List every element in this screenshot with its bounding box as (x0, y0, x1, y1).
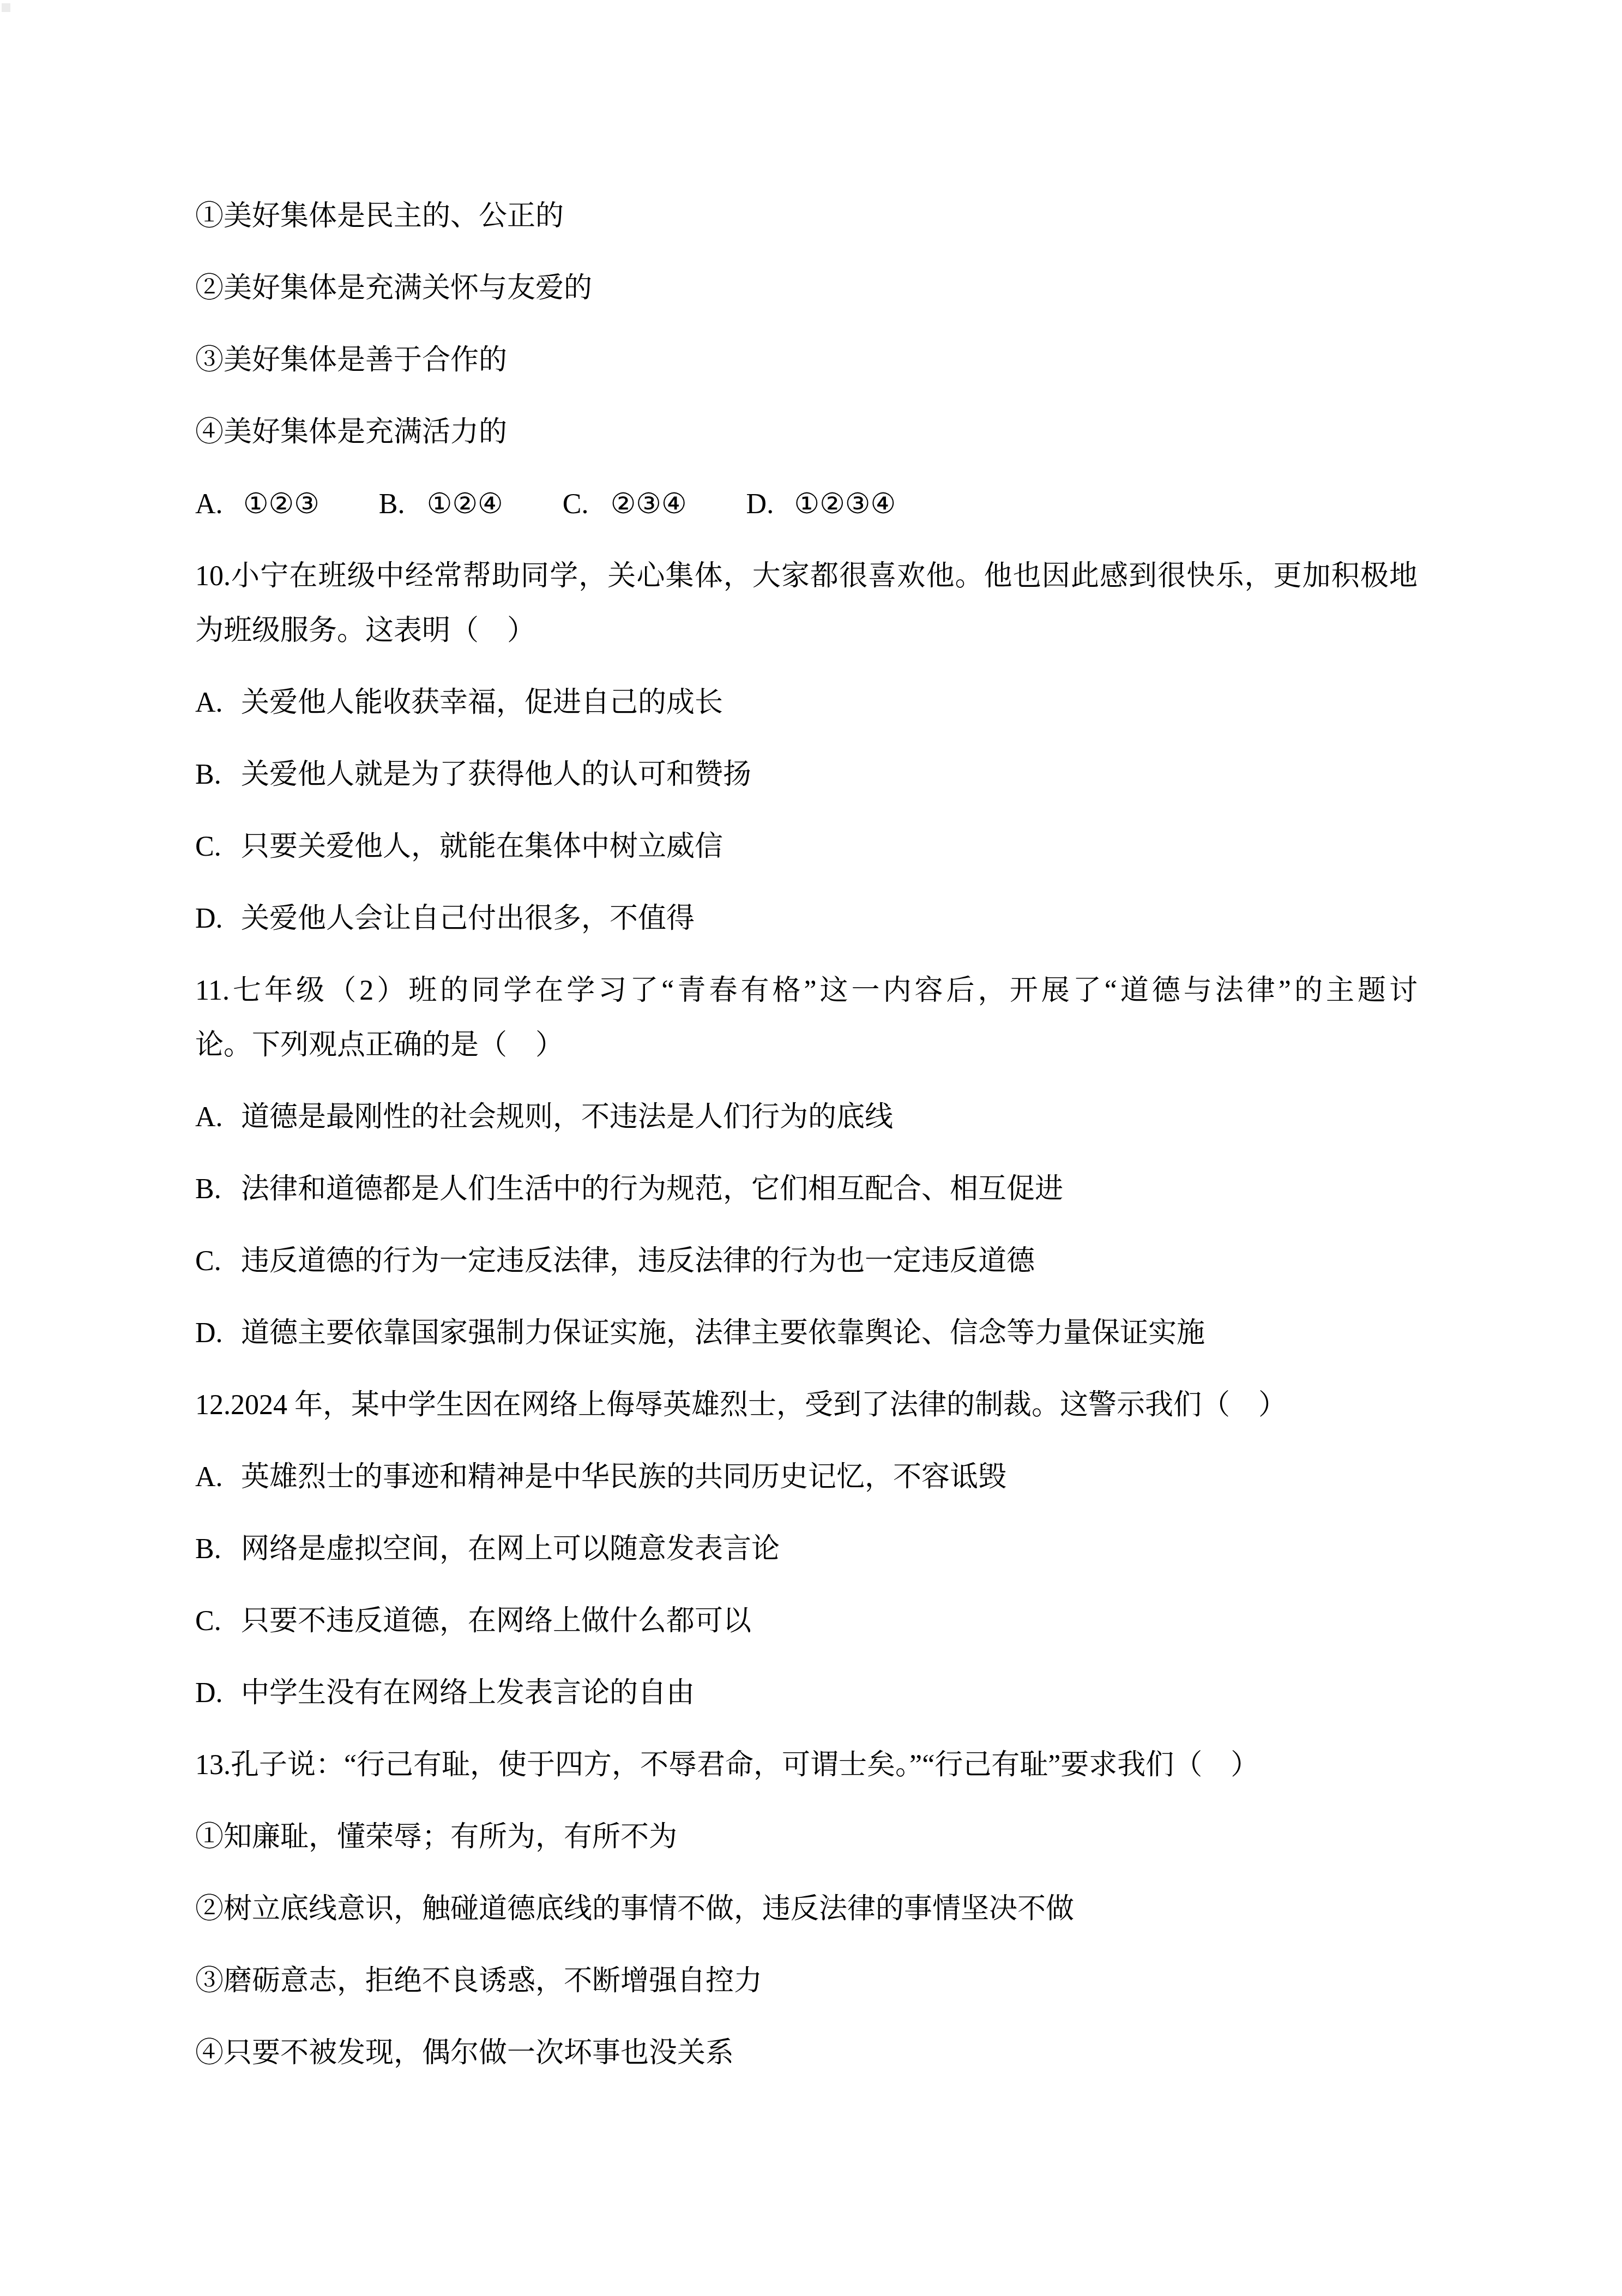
question-11-option-b: B.法律和道德都是人们生活中的行为规范，它们相互配合、相互促进 (195, 1162, 1418, 1217)
option-a-label: A. (195, 676, 241, 730)
question-12-stem-line-1: 12.2024 年，某中学生因在网络上侮辱英雄烈士，受到了法律的制裁。这警示我们… (195, 1378, 1418, 1433)
option-c-text: 只要不违反道德，在网络上做什么都可以 (241, 1606, 751, 1637)
option-c-text: 只要关爱他人，就能在集体中树立威信 (241, 831, 723, 862)
choice-c-value: ②③④ (611, 489, 687, 520)
option-b-text: 网络是虚拟空间，在网上可以随意发表言论 (241, 1534, 780, 1565)
question-13-item-4: ④只要不被发现，偶尔做一次坏事也没关系 (195, 2026, 1418, 2081)
option-a-text: 道德是最刚性的社会规则，不违法是人们行为的底线 (241, 1102, 893, 1133)
option-b-label: B. (195, 748, 241, 802)
question-12-option-a: A.英雄烈士的事迹和精神是中华民族的共同历史记忆，不容诋毁 (195, 1450, 1418, 1505)
option-b-text: 关爱他人就是为了获得他人的认可和赞扬 (241, 759, 751, 790)
option-d-label: D. (195, 1306, 241, 1361)
option-a-text: 英雄烈士的事迹和精神是中华民族的共同历史记忆，不容诋毁 (241, 1462, 1006, 1493)
option-a-label: A. (195, 1090, 241, 1145)
choice-c-label: C. (563, 477, 611, 532)
answer-choice-d: D.①②③④ (746, 489, 896, 520)
question-13-stem-line-1: 13.孔子说：“行己有耻，使于四方，不辱君命，可谓士矣。”“行己有耻”要求我们（… (195, 1738, 1418, 1793)
choice-a-label: A. (195, 477, 243, 532)
page-content: ①美好集体是民主的、公正的 ②美好集体是充满关怀与友爱的 ③美好集体是善于合作的… (195, 189, 1418, 2098)
prev-question-answer-row: A.①②③ B.①②④ C.②③④ D.①②③④ (195, 477, 1418, 532)
option-a-text: 关爱他人能收获幸福，促进自己的成长 (241, 687, 723, 718)
prev-question-item-3: ③美好集体是善于合作的 (195, 333, 1418, 388)
option-d-text: 中学生没有在网络上发表言论的自由 (241, 1678, 695, 1709)
choice-d-value: ①②③④ (794, 489, 896, 520)
question-10-stem-line-2: 为班级服务。这表明（ ） (195, 604, 1418, 658)
choice-d-label: D. (746, 477, 794, 532)
option-d-label: D. (195, 892, 241, 946)
question-13: 13.孔子说：“行己有耻，使于四方，不辱君命，可谓士矣。”“行己有耻”要求我们（… (195, 1738, 1418, 2081)
question-11-option-d: D.道德主要依靠国家强制力保证实施，法律主要依靠舆论、信念等力量保证实施 (195, 1306, 1418, 1361)
question-10-option-a: A.关爱他人能收获幸福，促进自己的成长 (195, 676, 1418, 730)
option-d-label: D. (195, 1666, 241, 1721)
question-10-option-d: D.关爱他人会让自己付出很多，不值得 (195, 892, 1418, 946)
question-11-stem-line-1: 11.七年级（2）班的同学在学习了“青春有格”这一内容后，开展了“道德与法律”的… (195, 964, 1418, 1018)
choice-b-label: B. (379, 477, 427, 532)
question-10-option-c: C.只要关爱他人，就能在集体中树立威信 (195, 820, 1418, 874)
question-13-item-1: ①知廉耻，懂荣辱；有所为，有所不为 (195, 1810, 1418, 1865)
answer-choice-a: A.①②③ (195, 489, 319, 520)
option-a-label: A. (195, 1450, 241, 1505)
question-11: 11.七年级（2）班的同学在学习了“青春有格”这一内容后，开展了“道德与法律”的… (195, 964, 1418, 1361)
option-c-label: C. (195, 1594, 241, 1649)
option-c-label: C. (195, 1234, 241, 1289)
choice-a-value: ①②③ (243, 489, 319, 520)
page-corner-mark (2, 3, 10, 12)
option-d-text: 道德主要依靠国家强制力保证实施，法律主要依靠舆论、信念等力量保证实施 (241, 1318, 1205, 1349)
document-page: { "page": { "background": "#ffffff", "te… (0, 0, 1622, 2296)
prev-question-item-1: ①美好集体是民主的、公正的 (195, 189, 1418, 244)
question-11-option-c: C.违反道德的行为一定违反法律，违反法律的行为也一定违反道德 (195, 1234, 1418, 1289)
option-d-text: 关爱他人会让自己付出很多，不值得 (241, 903, 695, 934)
question-11-option-a: A.道德是最刚性的社会规则，不违法是人们行为的底线 (195, 1090, 1418, 1145)
choice-b-value: ①②④ (427, 489, 503, 520)
option-b-label: B. (195, 1162, 241, 1217)
answer-choice-c: C.②③④ (563, 489, 687, 520)
question-10-option-b: B.关爱他人就是为了获得他人的认可和赞扬 (195, 748, 1418, 802)
option-b-label: B. (195, 1522, 241, 1577)
answer-choice-b: B.①②④ (379, 489, 503, 520)
question-12-option-d: D.中学生没有在网络上发表言论的自由 (195, 1666, 1418, 1721)
question-12: 12.2024 年，某中学生因在网络上侮辱英雄烈士，受到了法律的制裁。这警示我们… (195, 1378, 1418, 1721)
question-10: 10.小宁在班级中经常帮助同学，关心集体，大家都很喜欢他。他也因此感到很快乐，更… (195, 549, 1418, 946)
question-13-item-2: ②树立底线意识，触碰道德底线的事情不做，违反法律的事情坚决不做 (195, 1882, 1418, 1937)
option-c-text: 违反道德的行为一定违反法律，违反法律的行为也一定违反道德 (241, 1246, 1035, 1277)
question-12-option-c: C.只要不违反道德，在网络上做什么都可以 (195, 1594, 1418, 1649)
question-11-stem-line-2: 论。下列观点正确的是（ ） (195, 1018, 1418, 1073)
prev-question-item-2: ②美好集体是充满关怀与友爱的 (195, 261, 1418, 316)
prev-question-item-4: ④美好集体是充满活力的 (195, 405, 1418, 460)
option-c-label: C. (195, 820, 241, 874)
question-10-stem-line-1: 10.小宁在班级中经常帮助同学，关心集体，大家都很喜欢他。他也因此感到很快乐，更… (195, 549, 1418, 604)
question-12-option-b: B.网络是虚拟空间，在网上可以随意发表言论 (195, 1522, 1418, 1577)
option-b-text: 法律和道德都是人们生活中的行为规范，它们相互配合、相互促进 (241, 1174, 1063, 1205)
question-13-item-3: ③磨砺意志，拒绝不良诱惑，不断增强自控力 (195, 1954, 1418, 2009)
